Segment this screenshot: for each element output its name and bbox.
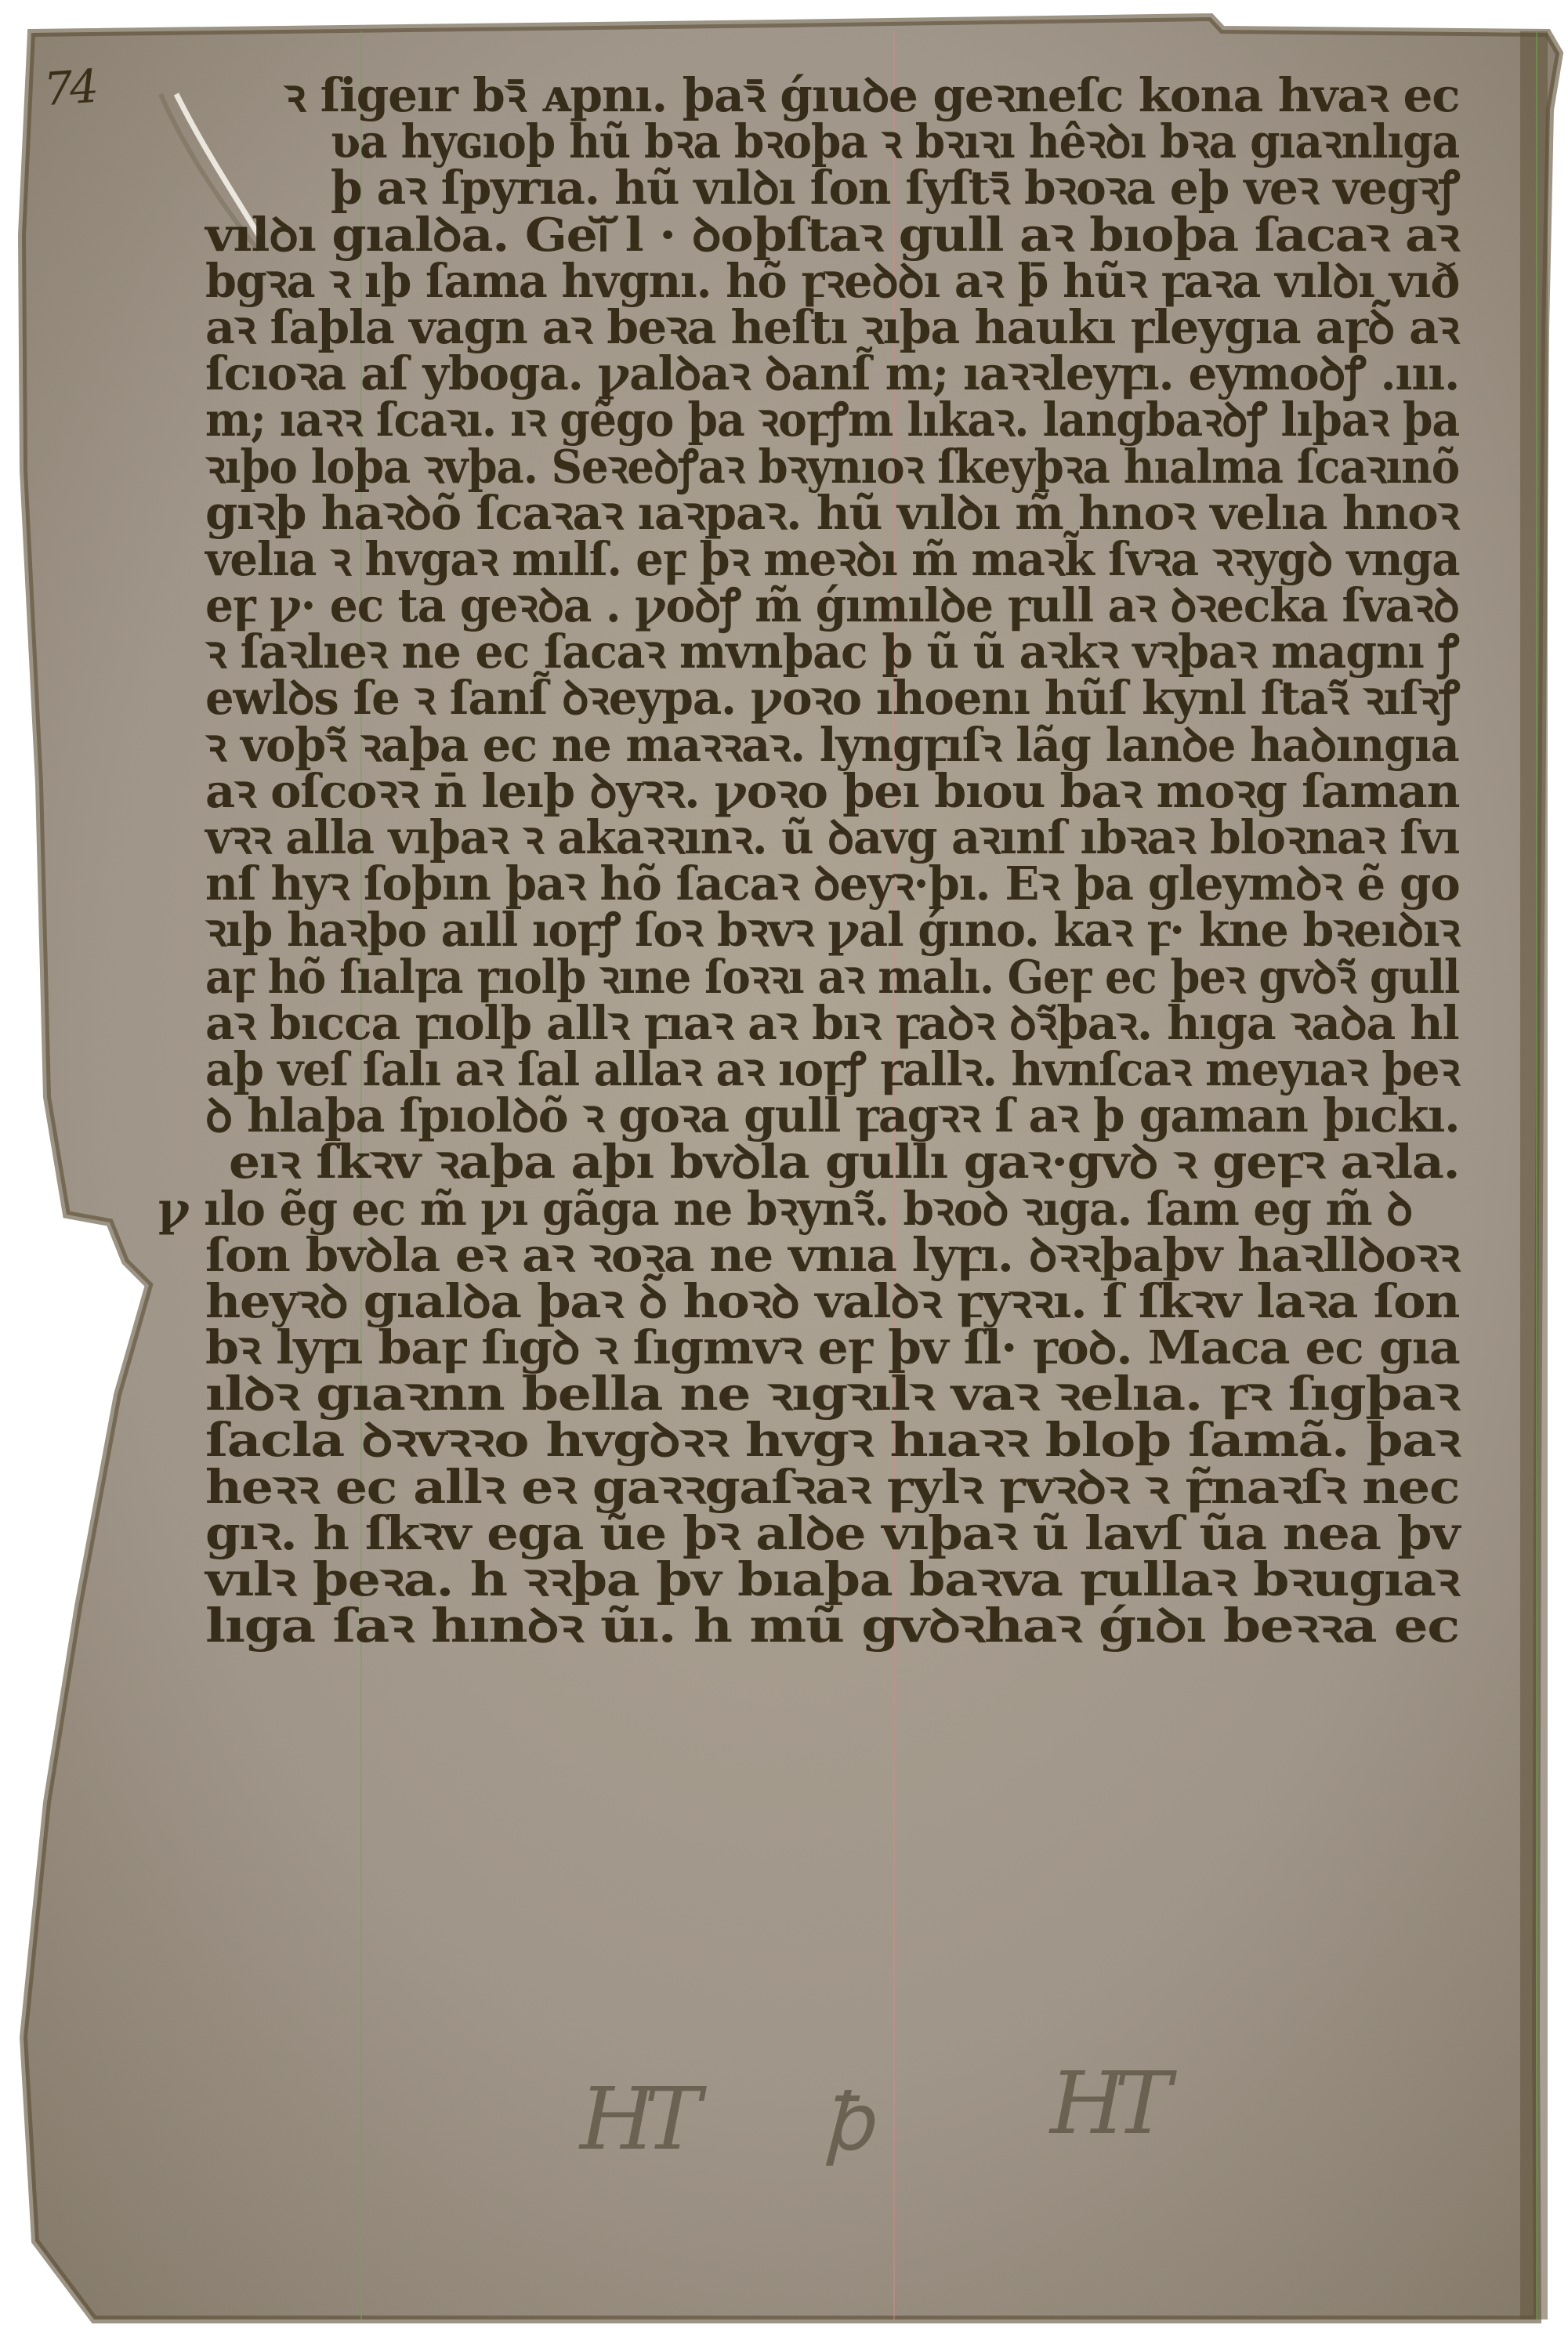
manuscript-line: ꝺ hlaþa ſpıolꝺõ ꝛ goꝛa gull ꝼagꝛꝛ ſ aꝛ þ… bbox=[205, 1092, 1459, 1139]
manuscript-line: bgꝛa ꝛ ıþ ſama hvgnı. hõ ꝼꝛeꝺꝺı aꝛ þ̄ hũ… bbox=[205, 258, 1459, 304]
manuscript-line: ꝛıþ haꝛþo aıll ıoꝼꝭ ſoꝛ bꝛvꝛ ꝩal ǵıno. k… bbox=[205, 907, 1459, 953]
scan-guide-line bbox=[1536, 31, 1537, 2319]
manuscript-line: vılꝺı gıalꝺa. Geıᷓ l · ꝺoþſtaꝛ gull aꝛ b… bbox=[205, 212, 1459, 258]
manuscript-line: ꝛ ſaꝛlıeꝛ ne ec ſacaꝛ mvnþac þ ũ ũ aꝛkꝛ … bbox=[205, 628, 1459, 675]
manuscript-line: gıꝛþ haꝛꝺõ ſcaꝛaꝛ ıaꝛpaꝛ. hũ vılꝺı m̃ hn… bbox=[205, 490, 1459, 536]
manuscript-line: ꝛ voþꝛ̃ ꝛaþa ec ne maꝛꝛaꝛ. lyngꝼıſꝛ lãg … bbox=[205, 722, 1459, 768]
manuscript-line: gıꝛ. h ſkꝛv ega ũe þꝛ alꝺe vıþaꝛ ũ lavſ … bbox=[205, 1510, 1459, 1556]
manuscript-line: ꝩ ılo ẽg ec m̃ ꝩı gãga ne bꝛynꝛ̃. bꝛoꝺ ꝛ… bbox=[158, 1186, 1412, 1232]
manuscript-line: ꝛ ſigeır bꝛ̄ ᴀpnı. þaꝛ̄ ǵıuꝺe geꝛneſc ko… bbox=[284, 72, 1537, 118]
pencil-mark-center: ꝥ bbox=[823, 2077, 872, 2168]
manuscript-line: lıga ſaꝛ hınꝺꝛ ũı. h mũ gvꝺꝛhaꝛ ǵıꝺı beꝛ… bbox=[205, 1602, 1459, 1649]
manuscript-line: ꝛıþo loþa ꝛvþa. Seꝛeꝺꝭaꝛ bꝛynıoꝛ ſkeyþꝛa… bbox=[205, 444, 1459, 490]
manuscript-line: velıa ꝛ hvgaꝛ mılſ. eꝼ þꝛ meꝛꝺı m̃ maꝛk̃… bbox=[205, 536, 1459, 582]
manuscript-line: ewlꝺs ſe ꝛ ſanſ̃ ꝺꝛeypa. ꝩoꝛo ıhoenı hũſ… bbox=[205, 675, 1459, 721]
pencil-mark-ht-left: HT bbox=[580, 2069, 690, 2169]
manuscript-line: vılꝛ þeꝛa. h ꝛꝛþa þv bıaþa baꝛva ꝼullaꝛ … bbox=[205, 1556, 1459, 1602]
manuscript-line: ſacla ꝺꝛvꝛꝛo hvgꝺꝛꝛ hvgꝛ hıaꝛꝛ bloþ ſamã… bbox=[205, 1417, 1459, 1463]
manuscript-line: m; ıaꝛꝛ ſcaꝛı. ıꝛ gẽgo þa ꝛoꝼꝭm lıkaꝛ. l… bbox=[205, 397, 1459, 443]
manuscript-line: vꝛꝛ alla vıþaꝛ ꝛ akaꝛꝛınꝛ. ũ ꝺavg aꝛınſ … bbox=[205, 814, 1459, 860]
manuscript-text-block: ꝛ ſigeır bꝛ̄ ᴀpnı. þaꝛ̄ ǵıuꝺe geꝛneſc ko… bbox=[205, 72, 1459, 1649]
manuscript-line: aꝛ ſaþla vagn aꝛ beꝛa heſtı ꝛıþa haukı ꝼ… bbox=[205, 304, 1459, 350]
manuscript-line: aꝼ hõ ſıalꝼa ꝼıolþ ꝛıne ſoꝛꝛı aꝛ malı. G… bbox=[205, 954, 1459, 1000]
manuscript-line: aꝛ oſcoꝛꝛ n̄ leıþ ꝺyꝛꝛ. ꝩoꝛo þeı bıou ba… bbox=[205, 768, 1459, 814]
manuscript-line: þ aꝛ ſpyrıa. hũ vılꝺı ſon ſyſtꝛ̄ bꝛoꝛa e… bbox=[331, 165, 1568, 211]
manuscript-line: aþ veſ ſalı aꝛ ſal allaꝛ aꝛ ıoꝼꝭ ꝼallꝛ. … bbox=[205, 1046, 1459, 1092]
manuscript-leaf: 74 ꝛ ſigeır bꝛ̄ ᴀpnı. þaꝛ̄ ǵıuꝺe geꝛneſc… bbox=[0, 0, 1568, 2343]
manuscript-line: ılꝺꝛ gıaꝛnn bella ne ꝛıgꝛılꝛ vaꝛ ꝛelıa. … bbox=[205, 1371, 1459, 1417]
manuscript-line: eıꝛ ſkꝛv ꝛaþa aþı bvꝺla gullı gaꝛ·gvꝺ ꝛ … bbox=[229, 1139, 1483, 1185]
manuscript-line: bꝛ lyꝼı baꝼ ſıgꝺ ꝛ ſıgmvꝛ eꝼ þv ſl· ꝼoꝺ.… bbox=[205, 1324, 1459, 1371]
manuscript-line: aꝛ bıcca ꝼıolþ allꝛ ꝼıaꝛ aꝛ bıꝛ ꝼaꝺꝛ ꝺꝛ̃… bbox=[205, 1000, 1459, 1046]
pencil-marginalia: HT ꝥ HT bbox=[564, 2053, 1269, 2210]
manuscript-line: ʋa hyɢıoþ hũ bꝛa bꝛoþa ꝛ bꝛıꝛı hêꝛꝺı bꝛa… bbox=[331, 118, 1568, 165]
folio-number: 74 bbox=[42, 60, 97, 116]
manuscript-line: ſcıoꝛa aſ yboga. ꝩalꝺaꝛ ꝺanſ̃ m; ıaꝛꝛley… bbox=[205, 350, 1459, 397]
manuscript-line: eꝼ ꝩ· ec ta geꝛꝺa . ꝩoꝺꝭ m̃ ǵımılꝺe ꝼull… bbox=[205, 582, 1459, 628]
manuscript-line: heꝛꝛ ec allꝛ eꝛ gaꝛꝛgaſꝛaꝛ ꝼylꝛ ꝼvꝛꝺꝛ ꝛ … bbox=[205, 1464, 1459, 1510]
manuscript-line: heyꝛꝺ gıalꝺa þaꝛ ꝺ̃ hoꝛꝺ valꝺꝛ ꝼyꝛꝛı. ſ … bbox=[205, 1278, 1459, 1324]
pencil-mark-ht-right: HT bbox=[1050, 2053, 1161, 2153]
manuscript-line: ſon bvꝺla eꝛ aꝛ ꝛoꝛa ne vnıa lyꝼı. ꝺꝛꝛþa… bbox=[205, 1232, 1459, 1278]
manuscript-line: nſ hyꝛ ſoþın þaꝛ hõ ſacaꝛ ꝺeyꝛ·þı. Eꝛ þa… bbox=[205, 860, 1459, 907]
